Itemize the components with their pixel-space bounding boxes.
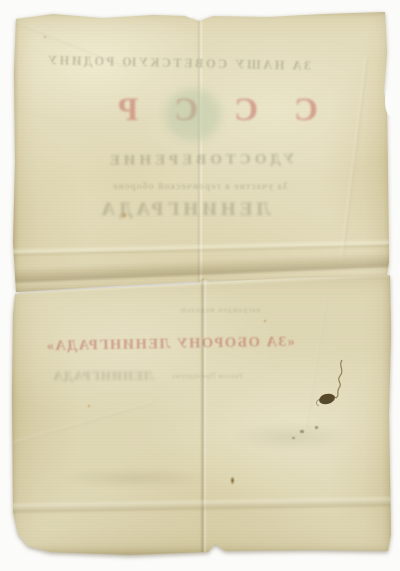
round-stamp-bleedthrough <box>158 82 228 148</box>
diagonal-crease <box>0 14 128 68</box>
paper-upper-half <box>13 12 389 292</box>
diagonal-crease <box>341 58 368 257</box>
paper-lower-half <box>10 274 391 556</box>
paper-grain-texture <box>10 274 391 556</box>
ink-speck <box>315 426 318 429</box>
ink-speck <box>292 437 295 439</box>
horizontal-fold-highlight <box>9 238 400 257</box>
ink-speck <box>300 430 304 433</box>
document-photo: ЗА НАШУ СОВЕТСКУЮ РОДИНУ СССР УДОСТОВЕРЕ… <box>0 0 400 571</box>
torn-edge-bite <box>385 86 396 116</box>
horizontal-crease <box>5 497 400 513</box>
paper-upper-half-shadow <box>13 12 389 292</box>
paper-grain-texture <box>13 12 389 292</box>
vertical-fold-crease <box>200 274 207 556</box>
paper-lower-half-shadow <box>10 274 391 556</box>
diagonal-crease <box>0 402 152 448</box>
dark-squiggle-stain <box>312 358 356 408</box>
vertical-fold-crease <box>197 12 203 292</box>
